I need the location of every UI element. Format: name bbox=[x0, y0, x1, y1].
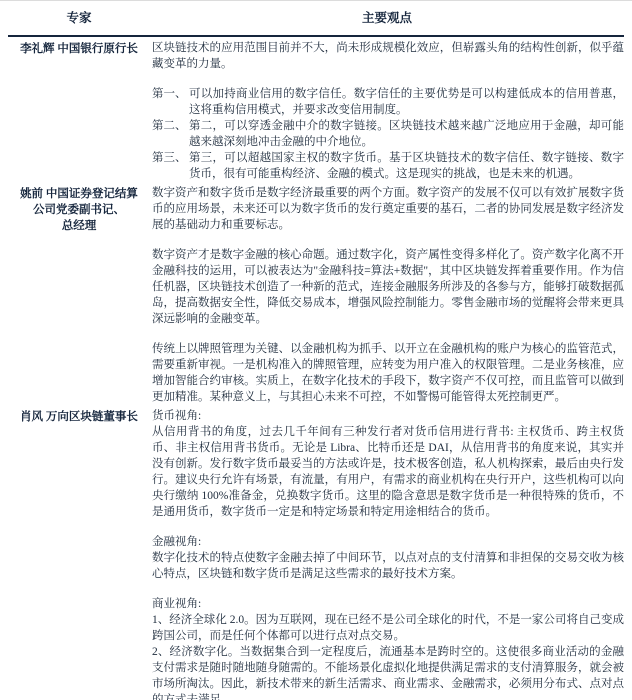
section-heading: 商业视角: bbox=[152, 596, 624, 612]
list-item-text: 第二，可以穿透金融中介的数字链接。区块链技术越来越广泛地应用于金融，却可能越来越… bbox=[189, 118, 624, 150]
expert-cell: 姚前 中国证券登记结算 公司党委副书记、 总经理 bbox=[8, 185, 150, 234]
paragraph: 数字资产才是数字金融的核心命题。通过数字化，资产属性变得多样化了。资产数字化离不… bbox=[152, 247, 624, 327]
list-item-text: 可以加持商业信用的数字信任。数字信任的主要优势是可以构建低成本的信用普惠，这将重… bbox=[189, 86, 624, 118]
list-item: 第一、 可以加持商业信用的数字信任。数字信任的主要优势是可以构建低成本的信用普惠… bbox=[152, 86, 624, 118]
expert-title: 总经理 bbox=[8, 218, 150, 234]
expert-title: 公司党委副书记、 bbox=[8, 202, 150, 218]
list-item-text: 第三，可以超越国家主权的数字货币。基于区块链技术的数字信任、数字链接、数字货币，… bbox=[189, 150, 624, 182]
paragraph: 数字化技术的特点使数字金融去掉了中间环节，以点对点的支付清算和非担保的交易交收为… bbox=[152, 550, 624, 582]
section-heading: 货币视角: bbox=[152, 408, 624, 424]
list-item: 第二、 第二，可以穿透金融中介的数字链接。区块链技术越来越广泛地应用于金融，却可… bbox=[152, 118, 624, 150]
header-col-expert: 专家 bbox=[8, 8, 150, 26]
section-currency-view: 货币视角: 从信用背书的角度，过去几千年间有三种发行者对货币信用进行背书: 主权… bbox=[152, 408, 624, 520]
paragraph: 从信用背书的角度，过去几千年间有三种发行者对货币信用进行背书: 主权货币、跨主权… bbox=[152, 424, 624, 520]
paragraph: 2、经济数字化。当数据集合到一定程度后，流通基本是跨时空的。这使很多商业活动的金… bbox=[152, 644, 624, 700]
list-item-label: 第三、 bbox=[152, 150, 189, 182]
list-item-label: 第一、 bbox=[152, 86, 189, 118]
numbered-list: 第一、 可以加持商业信用的数字信任。数字信任的主要优势是可以构建低成本的信用普惠… bbox=[152, 86, 624, 182]
paragraph: 传统上以牌照管理为关键、以金融机构为抓手、以开立在金融机构的账户为核心的监管范式… bbox=[152, 341, 624, 405]
section-heading: 金融视角: bbox=[152, 534, 624, 550]
table-row: 李礼辉 中国银行原行长 区块链技术的应用范围目前并不大，尚未形成规模化效应，但崭… bbox=[8, 37, 624, 182]
expert-views-table: 专家 主要观点 李礼辉 中国银行原行长 区块链技术的应用范围目前并不大，尚未形成… bbox=[0, 0, 632, 700]
header-col-views: 主要观点 bbox=[150, 8, 624, 26]
list-item: 第三、 第三，可以超越国家主权的数字货币。基于区块链技术的数字信任、数字链接、数… bbox=[152, 150, 624, 182]
paragraph: 数字资产和数字货币是数字经济最重要的两个方面。数字资产的发展不仅可以有效扩展数字… bbox=[152, 185, 624, 233]
expert-cell: 肖风 万向区块链董事长 bbox=[8, 408, 150, 425]
views-cell: 区块链技术的应用范围目前并不大，尚未形成规模化效应，但崭露头角的结构性创新，似乎… bbox=[150, 40, 624, 182]
expert-cell: 李礼辉 中国银行原行长 bbox=[8, 40, 150, 57]
table-header-row: 专家 主要观点 bbox=[8, 1, 624, 37]
section-finance-view: 金融视角: 数字化技术的特点使数字金融去掉了中间环节，以点对点的支付清算和非担保… bbox=[152, 534, 624, 582]
expert-name: 姚前 中国证券登记结算 bbox=[8, 186, 150, 202]
table-row: 肖风 万向区块链董事长 货币视角: 从信用背书的角度，过去几千年间有三种发行者对… bbox=[8, 405, 624, 700]
section-business-view: 商业视角: 1、经济全球化 2.0。因为互联网，现在已经不是公司全球化的时代，不… bbox=[152, 596, 624, 700]
expert-name: 肖风 万向区块链董事长 bbox=[8, 409, 150, 425]
views-cell: 数字资产和数字货币是数字经济最重要的两个方面。数字资产的发展不仅可以有效扩展数字… bbox=[150, 185, 624, 405]
table-row: 姚前 中国证券登记结算 公司党委副书记、 总经理 数字资产和数字货币是数字经济最… bbox=[8, 182, 624, 405]
views-cell: 货币视角: 从信用背书的角度，过去几千年间有三种发行者对货币信用进行背书: 主权… bbox=[150, 408, 624, 700]
paragraph: 区块链技术的应用范围目前并不大，尚未形成规模化效应，但崭露头角的结构性创新，似乎… bbox=[152, 40, 624, 72]
paragraph: 1、经济全球化 2.0。因为互联网，现在已经不是公司全球化的时代，不是一家公司将… bbox=[152, 612, 624, 644]
expert-name: 李礼辉 中国银行原行长 bbox=[8, 41, 150, 57]
list-item-label: 第二、 bbox=[152, 118, 189, 150]
